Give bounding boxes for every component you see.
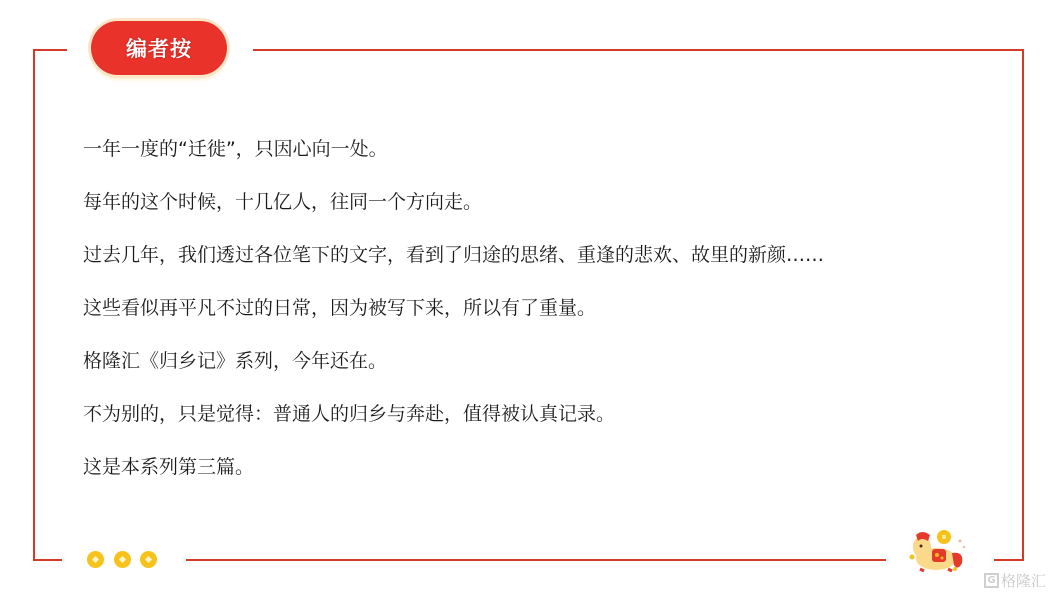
paragraph: 不为别的，只是觉得：普通人的归乡与奔赴，值得被认真记录。: [83, 399, 824, 452]
frame-right-edge: [1022, 49, 1024, 561]
paragraph: 一年一度的“迁徙”，只因心向一处。: [83, 134, 824, 187]
coin-icon: [114, 551, 131, 568]
paragraph: 这些看似再平凡不过的日常，因为被写下来，所以有了重量。: [83, 293, 824, 346]
watermark-text: 格隆汇: [1001, 570, 1046, 591]
paragraph: 这是本系列第三篇。: [83, 452, 824, 505]
coin-icon: [140, 551, 157, 568]
paragraph: 过去几年，我们透过各位笔下的文字，看到了归途的思绪、重逢的悲欢、故里的新颜……: [83, 240, 824, 293]
badge-label: 编者按: [126, 33, 192, 63]
frame-bottom-right-segment: [994, 559, 1024, 561]
editor-note-body: 一年一度的“迁徙”，只因心向一处。 每年的这个时候，十几亿人，往同一个方向走。 …: [83, 134, 824, 505]
watermark: G 格隆汇: [984, 570, 1046, 591]
frame-top-left-segment: [33, 49, 67, 51]
frame-bottom-left-segment: [33, 559, 62, 561]
paragraph: 每年的这个时候，十几亿人，往同一个方向走。: [83, 187, 824, 240]
frame-top-right-segment: [253, 49, 1024, 51]
horse-icon: [908, 527, 970, 575]
frame-bottom-middle-segment: [186, 559, 886, 561]
coin-icon: [87, 551, 104, 568]
editor-note-badge: 编者按: [91, 21, 227, 75]
frame-left-edge: [33, 49, 35, 561]
watermark-logo-icon: G: [984, 573, 999, 588]
paragraph: 格隆汇《归乡记》系列，今年还在。: [83, 346, 824, 399]
